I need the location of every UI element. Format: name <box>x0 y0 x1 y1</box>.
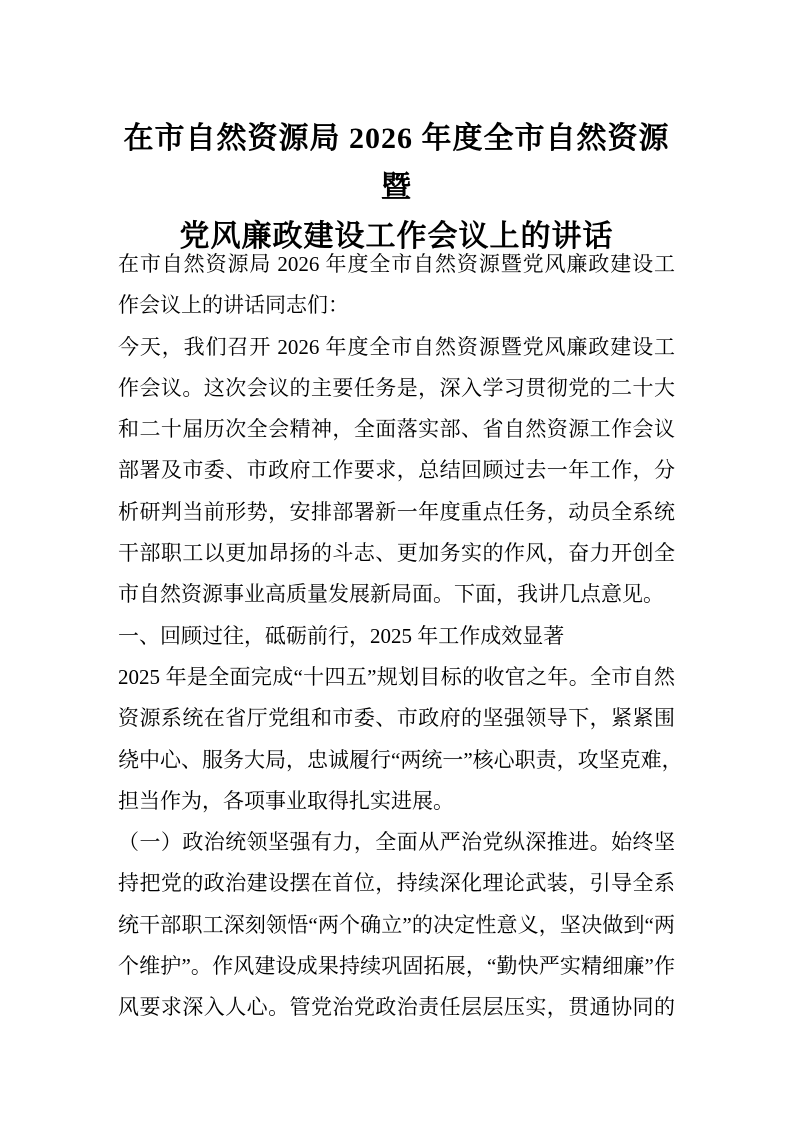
body-line: 今天，我们召开 2026 年度全市自然资源暨党风廉政建设工 <box>118 327 675 368</box>
body-line: 个维护”。作风建设成果持续巩固拓展，“勤快严实精细廉”作 <box>118 946 675 987</box>
document-title: 在市自然资源局 2026 年度全市自然资源暨 党风廉政建设工作会议上的讲话 <box>118 114 675 261</box>
document-title-line-1: 在市自然资源局 2026 年度全市自然资源暨 <box>118 114 675 212</box>
body-line: 干部职工以更加昂扬的斗志、更加务实的作风，奋力开创全 <box>118 533 675 574</box>
body-line: 市自然资源事业高质量发展新局面。下面，我讲几点意见。 <box>118 574 675 615</box>
body-line: （一）政治统领坚强有力，全面从严治党纵深推进。始终坚 <box>118 822 675 863</box>
body-line: 风要求深入人心。管党治党政治责任层层压实，贯通协同的 <box>118 987 675 1028</box>
body-line: 部署及市委、市政府工作要求，总结回顾过去一年工作，分 <box>118 450 675 491</box>
body-line: 资源系统在省厅党组和市委、市政府的坚强领导下，紧紧围 <box>118 698 675 739</box>
document-body: 在市自然资源局 2026 年度全市自然资源暨党风廉政建设工作会议上的讲话同志们：… <box>118 244 675 1029</box>
body-line: 2025 年是全面完成“十四五”规划目标的收官之年。全市自然 <box>118 657 675 698</box>
body-line: 作会议。这次会议的主要任务是，深入学习贯彻党的二十大 <box>118 368 675 409</box>
body-line: 持把党的政治建设摆在首位，持续深化理论武装，引导全系 <box>118 863 675 904</box>
body-line: 作会议上的讲话同志们： <box>118 285 675 326</box>
body-line: 绕中心、服务大局，忠诚履行“两统一”核心职责，攻坚克难， <box>118 740 675 781</box>
body-line: 统干部职工深刻领悟“两个确立”的决定性意义，坚决做到“两 <box>118 905 675 946</box>
document-page: 在市自然资源局 2026 年度全市自然资源暨 党风廉政建设工作会议上的讲话 在市… <box>0 0 793 1122</box>
body-line: 在市自然资源局 2026 年度全市自然资源暨党风廉政建设工 <box>118 244 675 285</box>
body-line: 一、回顾过往，砥砺前行，2025 年工作成效显著 <box>118 616 675 657</box>
body-line: 析研判当前形势，安排部署新一年度重点任务，动员全系统 <box>118 492 675 533</box>
body-line: 担当作为，各项事业取得扎实进展。 <box>118 781 675 822</box>
body-line: 和二十届历次全会精神，全面落实部、省自然资源工作会议 <box>118 409 675 450</box>
